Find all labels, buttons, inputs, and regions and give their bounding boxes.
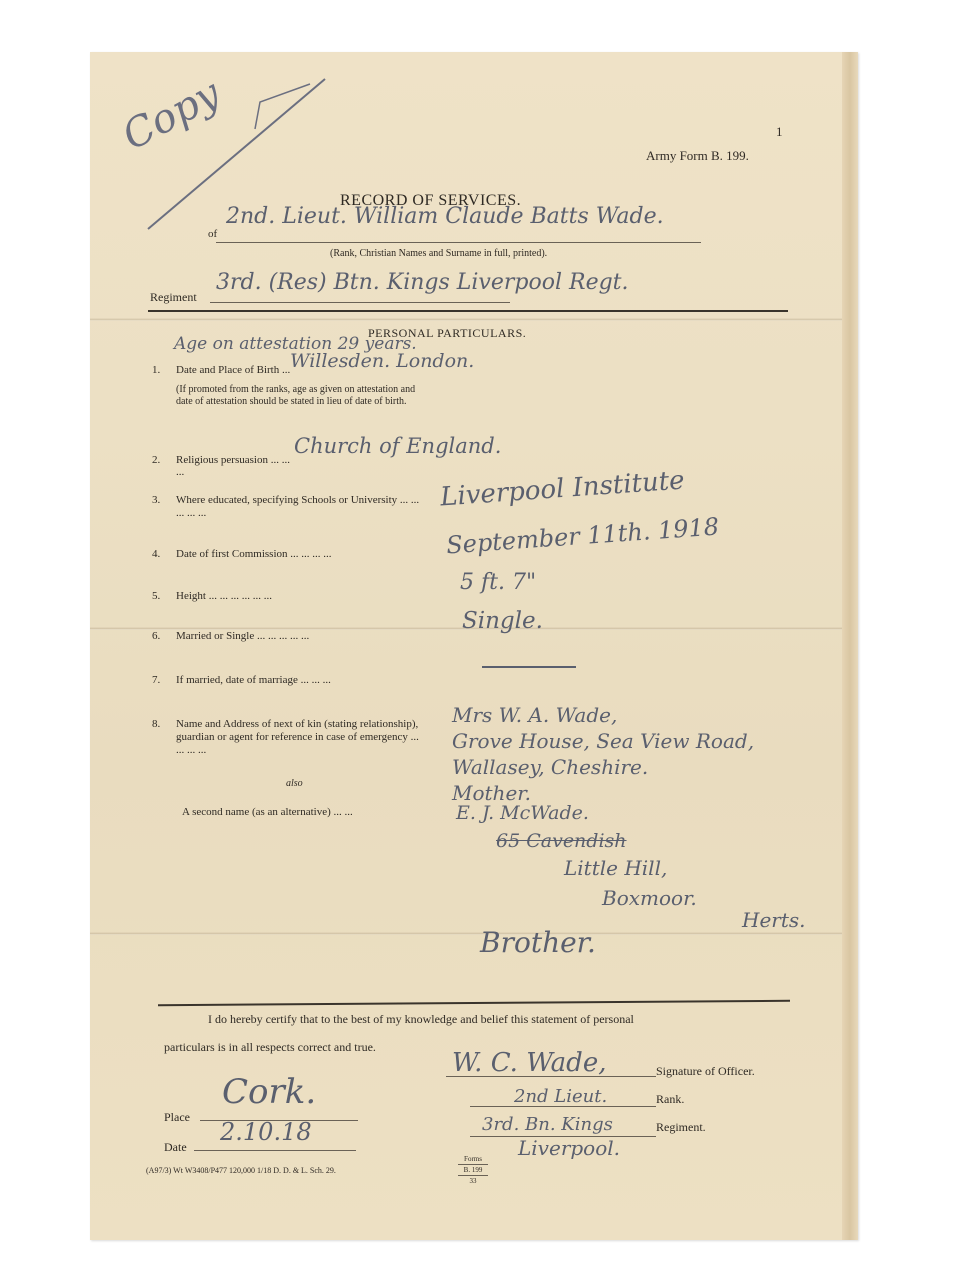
signature-value: W. C. Wade,	[452, 1048, 606, 1078]
item-number: 3.	[152, 494, 160, 506]
page-number: 1	[776, 124, 783, 140]
second-address-line: Herts.	[742, 908, 806, 932]
name-caption: (Rank, Christian Names and Surname in fu…	[330, 248, 547, 259]
officer-name-value: 2nd. Lieut. William Claude Batts Wade.	[226, 204, 664, 229]
item-number: 2.	[152, 454, 160, 466]
religion-label: Religious persuasion ... ... ...	[176, 454, 296, 478]
next-of-kin-label: Name and Address of next of kin (stating…	[176, 718, 428, 757]
height-label: Height ... ... ... ... ... ...	[176, 590, 272, 602]
army-form-document: Copy 1 Army Form B. 199. RECORD OF SERVI…	[90, 52, 858, 1240]
item-number: 5.	[152, 590, 160, 602]
second-address-line: Little Hill,	[564, 856, 667, 880]
second-name-label: A second name (as an alternative) ... ..…	[182, 806, 353, 818]
forms-bottom: 33	[458, 1176, 488, 1186]
certification-divider	[158, 1000, 790, 1006]
certification-statement-line1: I do hereby certify that to the best of …	[208, 1012, 634, 1027]
second-address-line: Boxmoor.	[602, 886, 697, 910]
fold-line	[90, 318, 842, 321]
second-name-value: E. J. McWade.	[456, 802, 589, 824]
item-number: 7.	[152, 674, 160, 686]
birth-note: (If promoted from the ranks, age as give…	[176, 384, 428, 408]
form-id: Army Form B. 199.	[646, 148, 749, 164]
place-value: Cork.	[222, 1072, 316, 1112]
commission-label: Date of first Commission ... ... ... ...	[176, 548, 332, 560]
next-of-kin-value: Mrs W. A. Wade, Grove House, Sea View Ro…	[452, 702, 754, 806]
signature-label: Signature of Officer.	[656, 1064, 755, 1079]
education-value: Liverpool Institute	[439, 465, 685, 512]
certification-statement-line2: particulars is in all respects correct a…	[164, 1040, 376, 1055]
header-divider	[148, 310, 788, 312]
item-number: 1.	[152, 364, 160, 376]
place-label: Place	[164, 1110, 190, 1125]
cert-regiment-value: 3rd. Bn. Kings	[482, 1114, 613, 1135]
of-label: of	[208, 228, 217, 240]
education-label: Where educated, specifying Schools or Un…	[176, 494, 428, 520]
regiment-label: Regiment	[150, 290, 197, 305]
marital-value: Single.	[462, 608, 543, 634]
marital-label: Married or Single ... ... ... ... ...	[176, 630, 309, 642]
date-label: Date	[164, 1140, 187, 1155]
also-label: also	[286, 778, 303, 789]
birth-value: Willesden. London.	[290, 350, 474, 372]
date-rule	[194, 1150, 356, 1151]
regiment-rule	[210, 302, 510, 303]
date-value: 2.10.18	[220, 1118, 312, 1146]
relationship-value: Brother.	[480, 926, 596, 959]
next-of-kin-line: Mrs W. A. Wade,	[452, 702, 754, 728]
birth-label: Date and Place of Birth ...	[176, 364, 290, 376]
forms-stamp: Forms B. 199 33	[458, 1154, 488, 1186]
religion-value: Church of England.	[294, 434, 501, 458]
item-number: 8.	[152, 718, 160, 730]
rank-value: 2nd Lieut.	[514, 1086, 607, 1107]
name-rule	[216, 242, 701, 243]
height-value: 5 ft. 7"	[460, 570, 536, 595]
forms-mid: B. 199	[458, 1165, 488, 1176]
next-of-kin-line: Grove House, Sea View Road,	[452, 728, 754, 754]
cert-regiment-label: Regiment.	[656, 1120, 706, 1135]
paper-edge	[842, 52, 858, 1240]
marriage-date-dash	[482, 666, 576, 668]
fold-line	[90, 932, 842, 935]
rank-label: Rank.	[656, 1092, 684, 1107]
item-number: 4.	[152, 548, 160, 560]
item-number: 6.	[152, 630, 160, 642]
commission-value: September 11th. 1918	[445, 513, 720, 560]
marriage-date-label: If married, date of marriage ... ... ...	[176, 674, 331, 686]
next-of-kin-line: Wallasey, Cheshire.	[452, 754, 754, 780]
struck-address: 65 Cavendish	[496, 830, 627, 852]
signature-rule	[446, 1076, 656, 1077]
cert-regiment-value-line2: Liverpool.	[518, 1136, 620, 1160]
forms-top: Forms	[458, 1154, 488, 1165]
regiment-value: 3rd. (Res) Btn. Kings Liverpool Regt.	[216, 270, 629, 295]
print-code: (A97/3) Wt W3408/P477 120,000 1/18 D. D.…	[146, 1166, 336, 1175]
rank-rule	[470, 1106, 656, 1107]
